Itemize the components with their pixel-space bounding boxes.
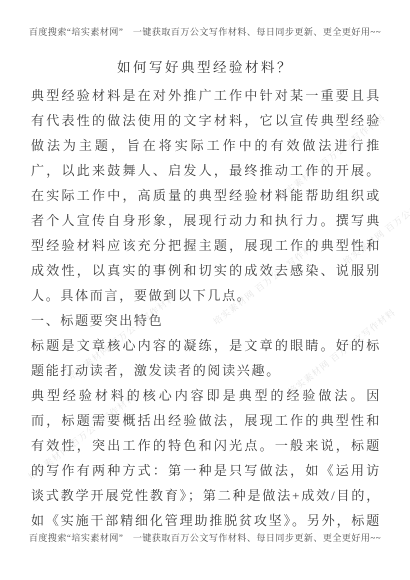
paragraph: 典型经验材料的核心内容即是典型的经验做法。因而，标题需要概括出经验做法，展现工作…: [31, 383, 381, 530]
document-page: { "page": { "promo_note": "百度搜索“培实素材网” 一…: [0, 0, 410, 580]
footer-promo-note: 百度搜索“培实素材网” 一键获取百万公文写作材料、每日同步更新、更全更好用~~: [0, 531, 410, 544]
paragraph: 标题是文章核心内容的凝练，是文章的眼睛。好的标题能打动读者，激发读者的阅读兴趣。: [31, 333, 381, 383]
header-promo-note: 百度搜索“培实素材网” 一键获取百万公文写作材料、每日同步更新、更全更好用~~: [0, 25, 410, 38]
document-body: 典型经验材料是在对外推广工作中针对某一重要且具有代表性的做法使用的文字材料，它以…: [31, 83, 381, 530]
paragraph: 典型经验材料是在对外推广工作中针对某一重要且具有代表性的做法使用的文字材料，它以…: [31, 83, 381, 308]
section-heading: 一、标题要突出特色: [31, 308, 381, 333]
document-title: 如何写好典型经验材料？: [0, 56, 410, 76]
